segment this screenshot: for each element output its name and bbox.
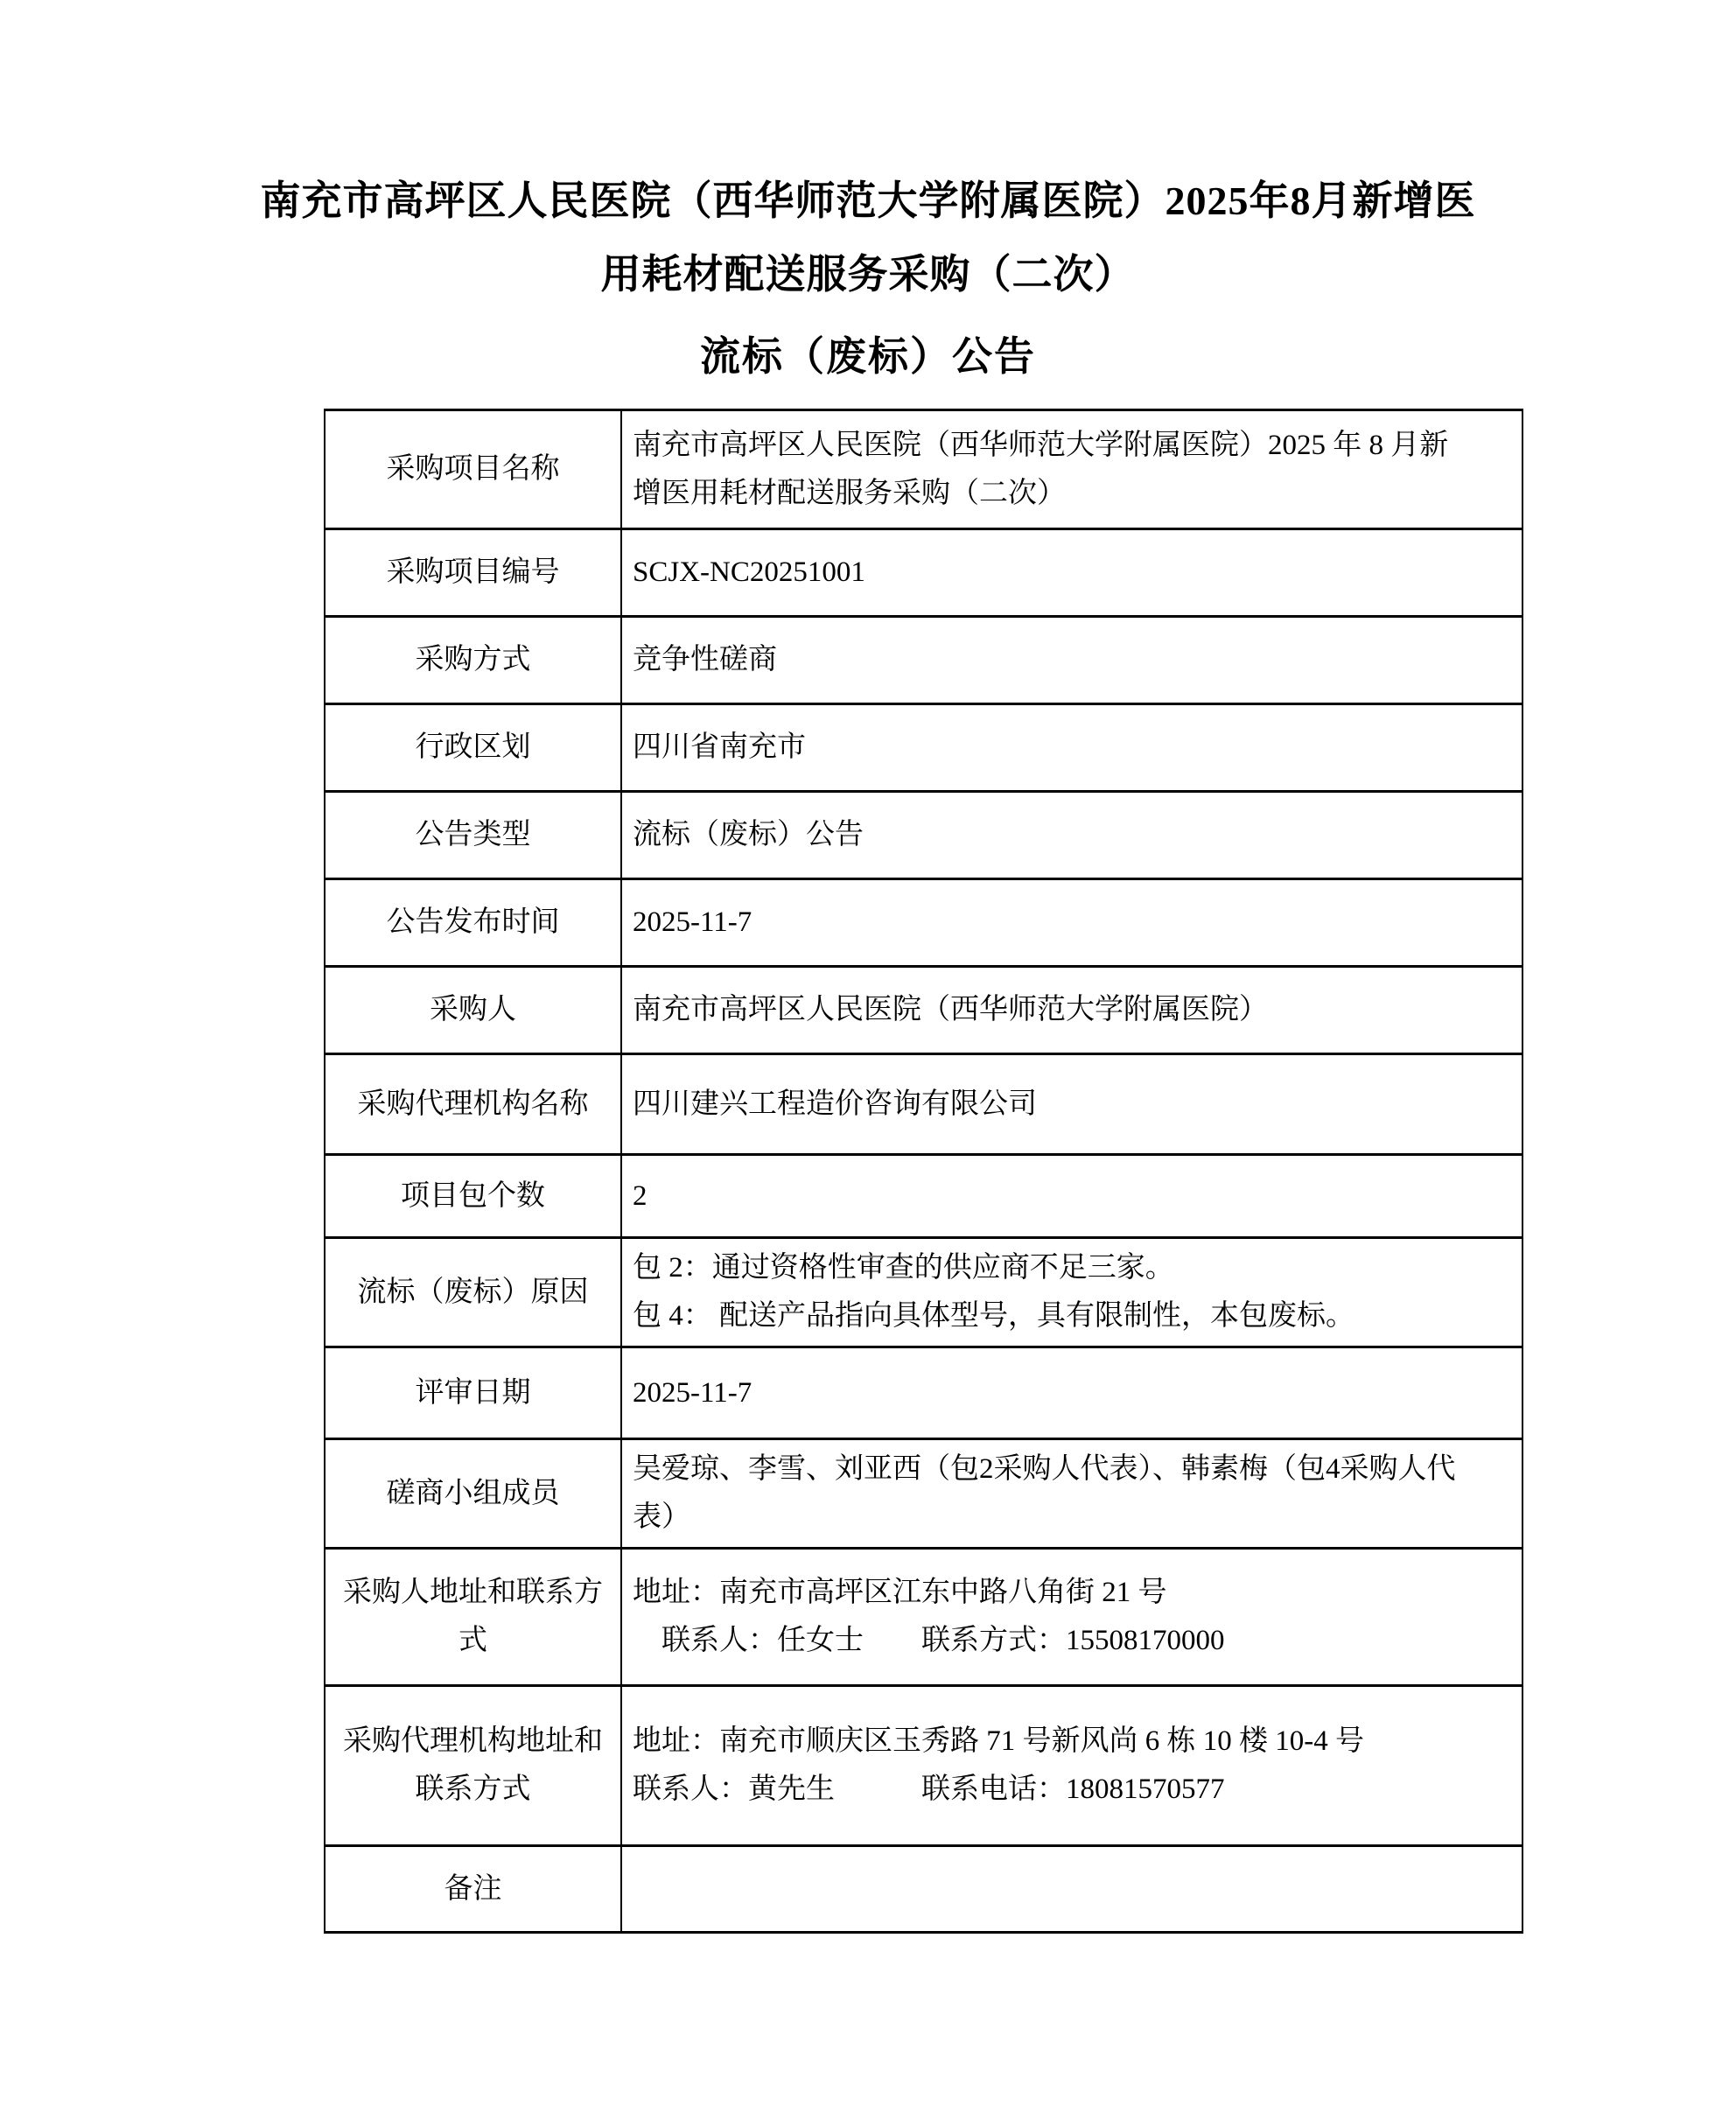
row-label-cell: 采购项目名称 [325,411,622,528]
row-label-cell: 采购代理机构名称 [325,1055,622,1153]
row-label-cell: 采购方式 [325,618,622,703]
row-label: 磋商小组成员 [387,1470,560,1518]
table-row: 磋商小组成员吴爱琼、李雪、刘亚西（包2采购人代表）、韩素梅（包4采购人代 表） [325,1438,1522,1547]
table-row: 采购方式竞争性磋商 [325,615,1522,703]
row-value-cell: 2025-11-7 [622,1348,1522,1438]
row-label: 行政区划 [416,724,531,772]
row-label-cell: 公告发布时间 [325,880,622,965]
row-label: 流标（废标）原因 [358,1269,589,1317]
table-row: 采购代理机构名称四川建兴工程造价咨询有限公司 [325,1053,1522,1153]
info-table: 采购项目名称南充市高坪区人民医院（西华师范大学附属医院）2025 年 8 月新 … [324,409,1523,1934]
row-value: 四川建兴工程造价咨询有限公司 [633,1081,1037,1129]
row-value: 包 2：通过资格性审查的供应商不足三家。 包 4： 配送产品指向具体型号，具有限… [633,1244,1354,1340]
row-label-cell: 采购人地址和联系方 式 [325,1550,622,1684]
document-subtitle: 流标（废标）公告 [0,320,1736,394]
table-row: 行政区划四川省南充市 [325,703,1522,790]
row-label: 采购人地址和联系方 式 [343,1569,603,1665]
row-label-cell: 评审日期 [325,1348,622,1438]
table-row: 采购人南充市高坪区人民医院（西华师范大学附属医院） [325,965,1522,1053]
row-label: 采购方式 [416,636,531,684]
table-row: 公告类型流标（废标）公告 [325,790,1522,878]
row-label-cell: 采购代理机构地址和 联系方式 [325,1687,622,1844]
row-label-cell: 流标（废标）原因 [325,1239,622,1346]
row-label-cell: 公告类型 [325,793,622,878]
row-value: 南充市高坪区人民医院（西华师范大学附属医院）2025 年 8 月新 增医用耗材配… [633,422,1448,518]
row-label-cell: 采购人 [325,968,622,1053]
title-line-2: 用耗材配送服务采购（二次） [0,238,1736,311]
row-value-cell: 地址：南充市高坪区江东中路八角街 21 号 联系人：任女士 联系方式：15508… [622,1550,1522,1684]
row-value: 地址：南充市高坪区江东中路八角街 21 号 联系人：任女士 联系方式：15508… [633,1569,1225,1665]
row-value-cell: 2 [622,1156,1522,1236]
row-value: 2025-11-7 [633,1369,752,1417]
row-label: 采购项目名称 [387,445,560,493]
table-row: 采购项目名称南充市高坪区人民医院（西华师范大学附属医院）2025 年 8 月新 … [325,411,1522,528]
table-row: 项目包个数2 [325,1153,1522,1236]
row-value: 2025-11-7 [633,899,752,947]
row-label-cell: 备注 [325,1847,622,1931]
row-label: 评审日期 [416,1369,531,1417]
row-value-cell: 四川建兴工程造价咨询有限公司 [622,1055,1522,1153]
row-value-cell: 南充市高坪区人民医院（西华师范大学附属医院）2025 年 8 月新 增医用耗材配… [622,411,1522,528]
title-line-1: 南充市高坪区人民医院（西华师范大学附属医院）2025年8月新增医 [0,164,1736,238]
row-label: 备注 [444,1865,502,1914]
row-value-cell: 四川省南充市 [622,705,1522,790]
table-row: 采购项目编号SCJX-NC20251001 [325,528,1522,615]
row-value-cell: 地址：南充市顺庆区玉秀路 71 号新风尚 6 栋 10 楼 10-4 号 联系人… [622,1687,1522,1844]
row-label: 采购代理机构名称 [358,1081,589,1129]
table-row: 采购代理机构地址和 联系方式地址：南充市顺庆区玉秀路 71 号新风尚 6 栋 1… [325,1684,1522,1844]
row-value: 流标（废标）公告 [633,811,864,859]
row-value-cell: 竞争性磋商 [622,618,1522,703]
row-value: 四川省南充市 [633,724,806,772]
row-value-cell: SCJX-NC20251001 [622,530,1522,615]
row-value-cell: 流标（废标）公告 [622,793,1522,878]
row-label-cell: 磋商小组成员 [325,1440,622,1547]
row-label: 采购项目编号 [387,549,560,597]
row-label: 采购代理机构地址和 联系方式 [343,1718,603,1814]
row-value-cell: 2025-11-7 [622,880,1522,965]
document-page: 南充市高坪区人民医院（西华师范大学附属医院）2025年8月新增医 用耗材配送服务… [0,0,1736,2106]
row-value: 竞争性磋商 [633,636,777,684]
row-value: 南充市高坪区人民医院（西华师范大学附属医院） [633,986,1268,1034]
row-value: 地址：南充市顺庆区玉秀路 71 号新风尚 6 栋 10 楼 10-4 号 联系人… [633,1718,1364,1814]
row-label-cell: 采购项目编号 [325,530,622,615]
row-value-cell [622,1847,1522,1931]
row-value-cell: 吴爱琼、李雪、刘亚西（包2采购人代表）、韩素梅（包4采购人代 表） [622,1440,1522,1547]
table-row: 公告发布时间2025-11-7 [325,878,1522,965]
row-label: 公告发布时间 [387,899,560,947]
row-label-cell: 行政区划 [325,705,622,790]
row-label: 公告类型 [416,811,531,859]
row-value: 2 [633,1172,647,1221]
row-value: 吴爱琼、李雪、刘亚西（包2采购人代表）、韩素梅（包4采购人代 表） [633,1445,1456,1542]
table-row: 备注 [325,1844,1522,1931]
row-label: 项目包个数 [401,1172,545,1221]
row-value-cell: 包 2：通过资格性审查的供应商不足三家。 包 4： 配送产品指向具体型号，具有限… [622,1239,1522,1346]
table-row: 评审日期2025-11-7 [325,1346,1522,1438]
table-row: 采购人地址和联系方 式地址：南充市高坪区江东中路八角街 21 号 联系人：任女士… [325,1547,1522,1684]
row-value-cell: 南充市高坪区人民医院（西华师范大学附属医院） [622,968,1522,1053]
row-value: SCJX-NC20251001 [633,549,865,597]
row-label: 采购人 [430,986,516,1034]
table-row: 流标（废标）原因包 2：通过资格性审查的供应商不足三家。 包 4： 配送产品指向… [325,1236,1522,1346]
document-title: 南充市高坪区人民医院（西华师范大学附属医院）2025年8月新增医 用耗材配送服务… [0,0,1736,311]
row-label-cell: 项目包个数 [325,1156,622,1236]
